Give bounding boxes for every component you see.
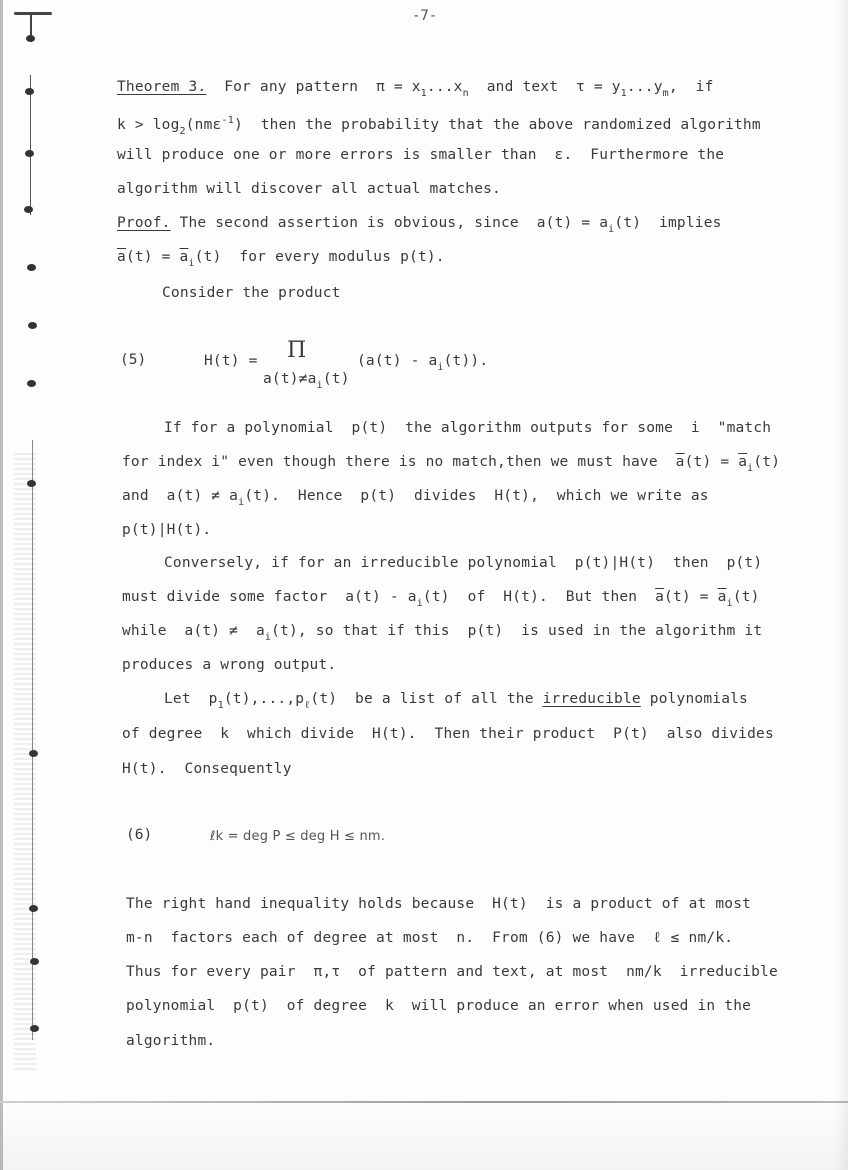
equation-5-lhs: H(t) = (204, 352, 258, 370)
para4-line-5: algorithm. (126, 1032, 215, 1050)
page-right-edge-shadow (834, 0, 848, 1170)
equation-6-body: ℓk = deg P ≤ deg H ≤ nm. (210, 828, 385, 846)
para2-line-2: must divide some factor a(t) - ai(t) of … (122, 588, 760, 613)
theorem-label: Theorem 3. (117, 79, 206, 95)
para4-line-4: polynomial p(t) of degree k will produce… (126, 997, 751, 1015)
binding-hole (29, 905, 38, 912)
para2-line-1: Conversely, if for an irreducible polyno… (164, 554, 762, 572)
proof-line-3: Consider the product (162, 284, 341, 302)
scan-fold-line (0, 1101, 848, 1103)
para4-line-2: m-n factors each of degree at most n. Fr… (126, 929, 733, 947)
para3-line-1: Let p1(t),...,pℓ(t) be a list of all the… (164, 690, 748, 715)
theorem-line-4: algorithm will discover all actual match… (117, 180, 501, 198)
para1-line-3: and a(t) ≠ ai(t). Hence p(t) divides H(t… (122, 487, 709, 512)
binding-hole (26, 35, 35, 42)
para2-line-3: while a(t) ≠ ai(t), so that if this p(t)… (122, 622, 762, 647)
binding-hole (27, 480, 36, 487)
equation-5-rhs: (a(t) - ai(t)). (357, 352, 488, 377)
binding-hole (28, 322, 37, 329)
equation-6-number: (6) (126, 827, 152, 843)
equation-5-index: a(t)≠ai(t) (263, 370, 350, 395)
theorem-line-3: will produce one or more errors is small… (117, 146, 724, 164)
para1-line-4: p(t)|H(t). (122, 521, 211, 539)
theorem-line-1: Theorem 3. For any pattern π = x1...xn a… (117, 78, 714, 103)
para4-line-1: The right hand inequality holds because … (126, 895, 751, 913)
binding-line-lower (32, 440, 33, 1040)
binding-hole (25, 150, 34, 157)
binding-hole (24, 206, 33, 213)
product-symbol: Π (287, 338, 306, 363)
page-left-edge (0, 0, 3, 1170)
binding-hole (27, 380, 36, 387)
binding-hole (30, 958, 39, 965)
proof-line-1: Proof. The second assertion is obvious, … (117, 214, 722, 239)
equation-5-number: (5) (120, 352, 146, 368)
para3-line-2: of degree k which divide H(t). Then thei… (122, 725, 774, 743)
binding-hole (25, 88, 34, 95)
scanned-page: -7- Theorem 3. For any pattern π = x1...… (0, 0, 848, 1170)
para3-line-3: H(t). Consequently (122, 760, 292, 778)
page-number: -7- (412, 8, 437, 24)
para4-line-3: Thus for every pair π,τ of pattern and t… (126, 963, 778, 981)
binding-hole (30, 1025, 39, 1032)
binding-hole (29, 750, 38, 757)
para1-line-2: for index i" even though there is no mat… (122, 453, 780, 478)
proof-line-2: a(t) = ai(t) for every modulus p(t). (117, 248, 445, 273)
para2-line-4: produces a wrong output. (122, 656, 336, 674)
page-bottom-shade (0, 1105, 848, 1170)
underlined-irreducible: irreducible (543, 691, 641, 707)
binding-hole (27, 264, 36, 271)
binding-line (30, 75, 31, 215)
proof-label: Proof. (117, 215, 171, 231)
para1-line-1: If for a polynomial p(t) the algorithm o… (164, 419, 771, 437)
theorem-line-2: k > log2(nmε-1) then the probability tha… (117, 112, 761, 141)
staple-mark (14, 12, 52, 15)
